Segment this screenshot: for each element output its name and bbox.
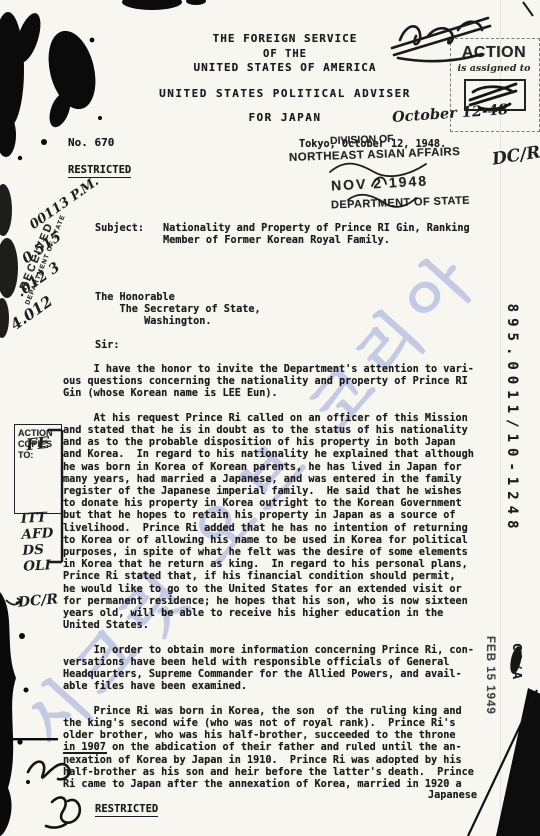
- ink-band-bottom-right: [468, 645, 540, 836]
- subject-label: Subject:: [95, 223, 144, 235]
- letterhead-office: UNITED STATES POLITICAL ADVISER: [130, 88, 440, 100]
- salutation: Sir:: [95, 340, 120, 352]
- action-stamp-subtitle: is assigned to: [452, 63, 536, 74]
- handwritten-fe-initials: FE: [25, 433, 50, 454]
- letter-body: I have the honor to invite the Departmen…: [63, 364, 474, 791]
- file-reference: 895.0011/10-1248: [506, 294, 518, 544]
- letterhead-line1: THE FOREIGN SERVICE: [170, 33, 400, 45]
- continuation-word: Japanese: [428, 790, 477, 802]
- letterhead-line3: UNITED STATES OF AMERICA: [160, 62, 410, 74]
- office-code: CS/A: [511, 637, 523, 687]
- letterhead-office-location: FOR JAPAN: [220, 112, 350, 124]
- division-stamp-date: NOV 2 1948: [331, 172, 429, 193]
- handwritten-file-number-1: 00113 P.M.: [27, 174, 102, 233]
- date-received-stamp: FEB 15 1949: [484, 636, 496, 712]
- corner-tick: [523, 2, 533, 16]
- division-stamp-line4: DEPARTMENT OF STATE: [331, 195, 470, 212]
- address-block: The Honorable The Secretary of State, Wa…: [95, 292, 261, 329]
- division-stamp-line1: DIVISION OF: [330, 133, 394, 147]
- underline-in-1907: [63, 752, 107, 754]
- handwritten-routing-code-right: DC/R: [491, 142, 540, 169]
- subject-text: Nationality and Property of Prince RI Gi…: [163, 223, 470, 247]
- classification-top: RESTRICTED: [68, 164, 131, 178]
- classification-bottom: RESTRICTED: [95, 803, 158, 817]
- action-stamp-title: ACTION: [452, 44, 536, 62]
- document-number: No. 670: [68, 137, 114, 149]
- ink-band-left-bottom: [0, 592, 58, 836]
- handwritten-routing-code-left: DC/R: [17, 591, 58, 610]
- letterhead-line2: OF THE: [170, 48, 400, 60]
- scanned-document-page: THE FOREIGN SERVICE OF THE UNITED STATES…: [0, 0, 540, 836]
- handwritten-office-symbols: ITT AFD DS OLI: [20, 509, 55, 575]
